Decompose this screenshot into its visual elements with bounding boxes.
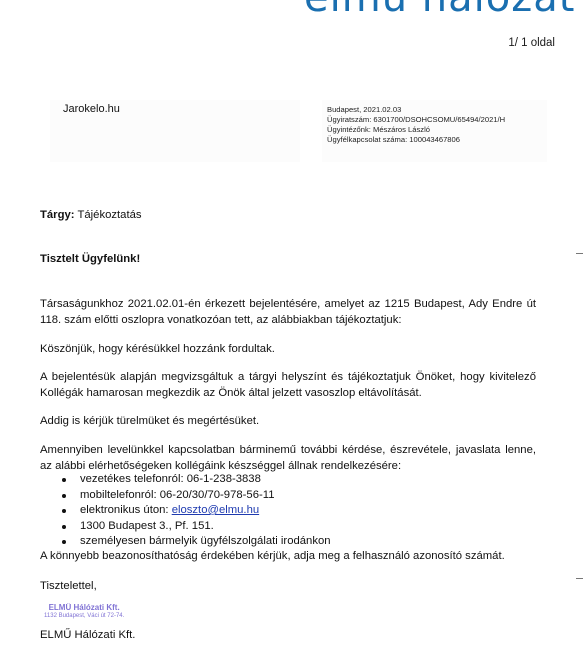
case-number: Ügyiratszám: 6301700/DSOHCSOMU/65494/202… — [327, 115, 505, 124]
signature: ELMŰ Hálózati Kft. — [40, 627, 135, 643]
salutation: Tisztelt Ügyfelünk! — [40, 251, 140, 267]
contact-in-person: személyesen bármelyik ügyfélszolgálati i… — [80, 535, 331, 547]
reference-info-box: Budapest, 2021.02.03 Ügyiratszám: 630170… — [322, 100, 547, 162]
contact-item-mobile: mobiltelefonról: 06-20/30/70-978-56-11 — [40, 488, 331, 504]
subject-value: Tájékoztatás — [77, 209, 141, 221]
contact-item-email: elektronikus úton: eloszto@elmu.hu — [40, 503, 331, 519]
case-handler: Ügyintézőnk: Mészáros László — [327, 125, 430, 134]
subject-label: Tárgy: — [40, 209, 75, 221]
paragraph-contact-intro: Amennyiben levelünkkel kapcsolatban bárm… — [40, 442, 536, 474]
stamp-company-name: ELMŰ Hálózati Kft. — [44, 604, 124, 612]
subject-line: Tárgy: Tájékoztatás — [40, 207, 142, 223]
bullet-icon — [62, 540, 66, 544]
contact-mobile: mobiltelefonról: 06-20/30/70-978-56-11 — [80, 489, 274, 501]
email-link[interactable]: eloszto@elmu.hu — [172, 504, 259, 516]
elmu-halozat-logo: elmű hálózat — [304, 0, 575, 18]
contact-postal: 1300 Budapest 3., Pf. 151. — [80, 520, 214, 532]
stamp-address: 1132 Budapest, Váci út 72-74. — [44, 613, 124, 619]
contact-item-postal: 1300 Budapest 3., Pf. 151. — [40, 519, 331, 535]
bullet-icon — [62, 478, 66, 482]
closing: Tisztelettel, — [40, 578, 97, 594]
bullet-icon — [62, 525, 66, 529]
contact-landline: vezetékes telefonról: 06-1-238-3838 — [80, 473, 261, 485]
contact-email-prefix: elektronikus úton: — [80, 504, 172, 516]
paragraph-identifier-request: A könnyebb beazonosíthatóság érdekében k… — [40, 548, 505, 564]
contact-number: Ügyfélkapcsolat száma: 100043467806 — [327, 135, 460, 144]
contact-list: vezetékes telefonról: 06-1-238-3838 mobi… — [40, 472, 331, 550]
recipient-address-box: Jarokelo.hu — [50, 100, 300, 162]
bullet-icon — [62, 494, 66, 498]
bullet-icon — [62, 509, 66, 513]
recipient-name: Jarokelo.hu — [63, 103, 120, 115]
company-stamp: ELMŰ Hálózati Kft. 1132 Budapest, Váci ú… — [44, 604, 124, 619]
letter-date: Budapest, 2021.02.03 — [327, 105, 401, 114]
paragraph-investigation: A bejelentésük alapján megvizsgáltuk a t… — [40, 369, 536, 401]
page-number: 1/ 1 oldal — [508, 37, 555, 49]
paragraph-intro: Társaságunkhoz 2021.02.01-én érkezett be… — [40, 296, 536, 328]
paragraph-thanks: Köszönjük, hogy kérésükkel hozzánk fordu… — [40, 341, 275, 357]
fold-mark — [576, 253, 583, 254]
contact-item-landline: vezetékes telefonról: 06-1-238-3838 — [40, 472, 331, 488]
fold-mark — [576, 578, 583, 579]
paragraph-patience: Addig is kérjük türelmüket és megértésük… — [40, 413, 259, 429]
